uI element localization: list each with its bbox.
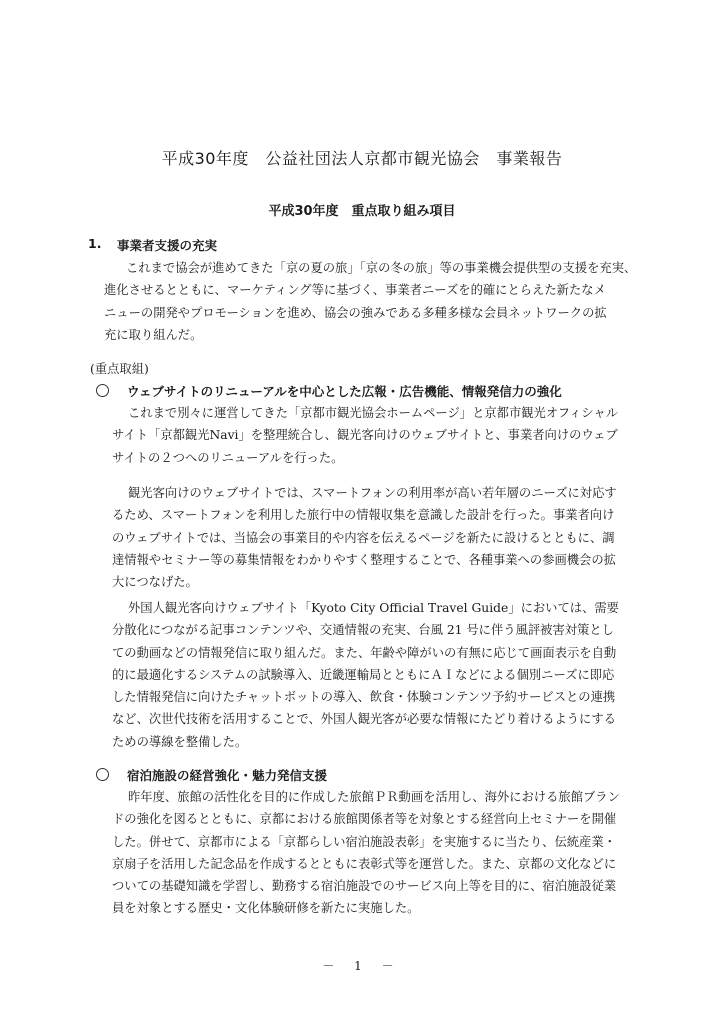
item-heading-accommodation: 宿泊施設の経営強化・魅力発信支援 xyxy=(96,766,327,784)
section-number: 1. xyxy=(88,236,101,251)
text-line: ついての基礎知識を学習し、勤務する宿泊施設でのサービス向上等を目的に、宿泊施設従… xyxy=(112,875,620,897)
text-line: ニューの開発やプロモーションを進め、協会の強みである多種多様な会員ネットワークの… xyxy=(104,302,636,324)
text-line: 員を対象とする歴史・文化体験研修を新たに実施した。 xyxy=(112,897,620,919)
document-title: 平成30年度 公益社団法人京都市観光協会 事業報告 xyxy=(0,146,724,169)
text-line: した。併せて、京都市による「京都らしい宿泊施設表彰」を実施するに当たり、伝統産業… xyxy=(112,831,620,853)
text-line: 進化させるとともに、マーケティング等に基づく、事業者ニーズを的確にとらえた新たな… xyxy=(104,279,636,301)
item-heading-website: ウェブサイトのリニューアルを中心とした広報・広告機能、情報発信力の強化 xyxy=(96,382,562,400)
text-line: した情報発信に向けたチャットボットの導入、飲食・体験コンテンツ予約サービスとの連… xyxy=(112,686,619,708)
document-subtitle: 平成30年度 重点取り組み項目 xyxy=(0,200,724,219)
item-paragraph: 昨年度、旅館の活性化を目的に作成した旅館ＰＲ動画を活用し、海外における旅館ブラン… xyxy=(112,786,620,920)
text-line: 京扇子を活用した記念品を作成するとともに表彰式等を運営した。また、京都の文化など… xyxy=(112,853,620,875)
focus-label: (重点取組) xyxy=(90,359,149,377)
text-line: るため、スマートフォンを利用した旅行中の情報収集を意識した設計を行った。事業者向… xyxy=(112,504,617,526)
text-line: これまで協会が進めてきた「京の夏の旅」「京の冬の旅」等の事業機会提供型の支援を充… xyxy=(104,257,636,279)
text-line: 充に取り組んだ。 xyxy=(104,324,636,346)
section-title: 事業者支援の充実 xyxy=(117,236,217,254)
text-line: ての動画などの情報発信に取り組んだ。また、年齢や障がいの有無に応じて画面表示を自… xyxy=(112,642,619,664)
text-line: など、次世代技術を活用することで、外国人観光客が必要な情報にたどり着けるようにす… xyxy=(112,708,619,730)
item-heading-text: ウェブサイトのリニューアルを中心とした広報・広告機能、情報発信力の強化 xyxy=(127,384,562,399)
text-line: 的に最適化するシステムの試験導入、近畿運輸局とともにＡＩなどによる個別ニーズに即… xyxy=(112,664,619,686)
text-line: サイト「京都観光Navi」を整理統合し、観光客向けのウェブサイトと、事業者向けの… xyxy=(112,424,618,446)
text-line: 外国人観光客向けウェブサイト「Kyoto City Official Trave… xyxy=(112,597,619,619)
item-paragraph: これまで別々に運営してきた「京都市観光協会ホームページ」と京都市観光オフィシャル… xyxy=(112,402,618,469)
text-line: ドの強化を図るとともに、京都における旅館関係者等を対象とする経営向上セミナーを開… xyxy=(112,808,620,830)
item-paragraph: 観光客向けのウェブサイトでは、スマートフォンの利用率が高い若年層のニーズに対応す… xyxy=(112,482,617,593)
text-line: 達情報やセミナー等の募集情報をわかりやすく整理することで、各種事業への参画機会の… xyxy=(112,549,617,571)
section-intro: これまで協会が進めてきた「京の夏の旅」「京の冬の旅」等の事業機会提供型の支援を充… xyxy=(104,257,636,346)
text-line: 観光客向けのウェブサイトでは、スマートフォンの利用率が高い若年層のニーズに対応す xyxy=(112,482,617,504)
text-line: 大につなげた。 xyxy=(112,571,617,593)
item-paragraph: 外国人観光客向けウェブサイト「Kyoto City Official Trave… xyxy=(112,597,619,753)
text-line: 昨年度、旅館の活性化を目的に作成した旅館ＰＲ動画を活用し、海外における旅館ブラン xyxy=(112,786,620,808)
text-line: これまで別々に運営してきた「京都市観光協会ホームページ」と京都市観光オフィシャル xyxy=(112,402,618,424)
page-number: － 1 － xyxy=(0,957,724,974)
circle-bullet-icon xyxy=(96,384,109,397)
circle-bullet-icon xyxy=(96,768,109,781)
item-heading-text: 宿泊施設の経営強化・魅力発信支援 xyxy=(127,768,327,783)
text-line: サイトの２つへのリニューアルを行った。 xyxy=(112,447,618,469)
text-line: のウェブサイトでは、当協会の事業目的や内容を伝えるページを新たに設けるとともに、… xyxy=(112,527,617,549)
text-line: 分散化につながる記事コンテンツや、交通情報の充実、台風 21 号に伴う風評被害対… xyxy=(112,619,619,641)
text-line: ための導線を整備した。 xyxy=(112,731,619,753)
